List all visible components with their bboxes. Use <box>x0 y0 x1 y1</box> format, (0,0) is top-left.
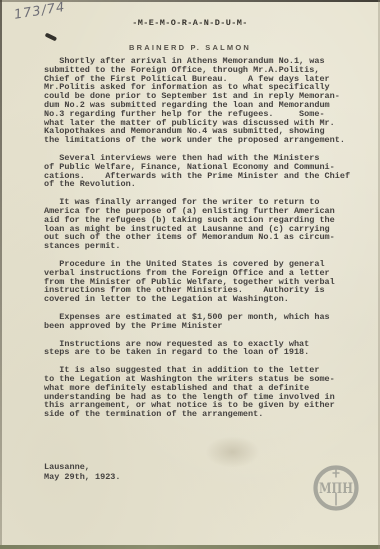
paragraph-7: It is also suggested that in addition to… <box>44 366 368 419</box>
paragraph-1: Shortly after arrival in Athens Memorand… <box>44 57 368 145</box>
closing-block: Lausanne, May 29th, 1923. <box>44 462 121 482</box>
memo-title: -M-E-M-O-R-A-N-D-U-M- <box>0 18 380 28</box>
memo-author: BRAINERD P. SALMON <box>0 43 380 52</box>
pencil-mark <box>45 33 57 41</box>
paragraph-4: Procedure in the United States is covere… <box>44 260 368 304</box>
paragraph-6: Instructions are now requested as to exa… <box>44 340 368 358</box>
paragraph-3: It was finally arranged for the writer t… <box>44 198 368 251</box>
memo-body: Shortly after arrival in Athens Memorand… <box>44 57 368 428</box>
paragraph-2: Several interviews were then had with th… <box>44 154 368 189</box>
scan-edge-bottom <box>0 545 380 549</box>
scan-edge-left <box>0 0 2 549</box>
stamp-monogram: ΜΠΗ <box>319 481 353 497</box>
paragraph-5: Expenses are estimated at $1,500 per mon… <box>44 313 368 331</box>
library-stamp-icon: ΜΠΗ <box>311 463 361 513</box>
closing-date: May 29th, 1923. <box>44 472 121 482</box>
paper-stain <box>205 436 260 468</box>
closing-place: Lausanne, <box>44 462 121 472</box>
document-page: 173/74 -M-E-M-O-R-A-N-D-U-M- BRAINERD P.… <box>0 0 380 549</box>
